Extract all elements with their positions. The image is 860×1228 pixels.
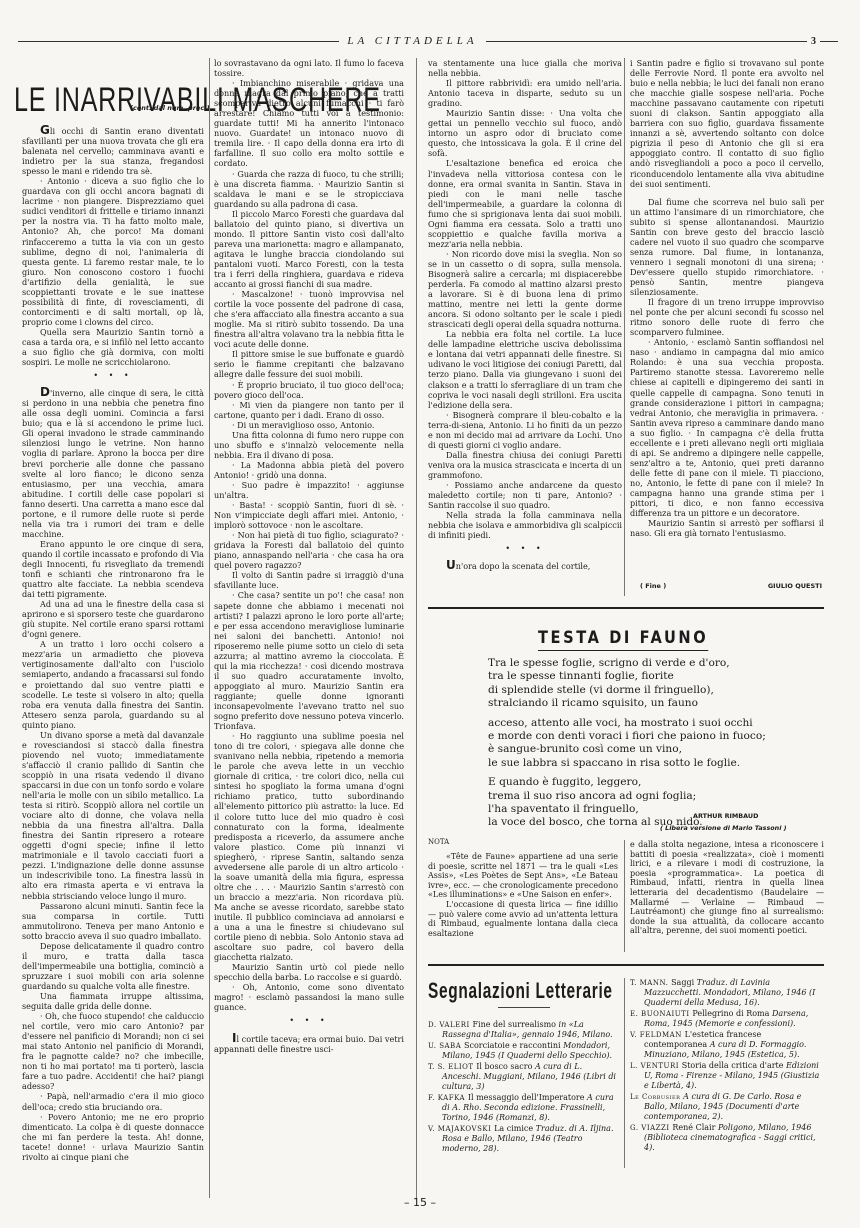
nota-right-text: e dalla stolta negazione, intesa a ricon… — [630, 840, 824, 936]
paragraph: · La Madonna abbia pietà del povero Anto… — [214, 460, 404, 480]
paragraph: i Santin padre e figlio si trovavano sul… — [630, 58, 824, 189]
header-rule — [820, 41, 838, 42]
reference-author: F. KAFKA — [428, 1094, 468, 1102]
column-divider — [624, 840, 625, 952]
reference-author: L. VENTURI — [630, 1062, 682, 1070]
reference-title: Scorciatoie e raccontini — [464, 1041, 563, 1050]
paragraph: · Guarda che razza di fuoco, tu che stri… — [214, 169, 404, 209]
running-header: LA CITTADELLA 3 — [18, 34, 838, 48]
reference-entry: T. S. ELIOT Il bosco sacro A cura di L. … — [428, 1062, 620, 1092]
section-rule — [428, 607, 824, 609]
nota-heading: NOTA — [428, 838, 449, 846]
paragraph: Depose delicatamente il quadro contro il… — [22, 941, 204, 991]
reference-entry: Le Corbusier A cura di G. De Carlo. Rosa… — [630, 1092, 824, 1122]
reference-title: Saggi — [671, 978, 697, 987]
reference-author: U. SABA — [428, 1042, 464, 1050]
reference-entry: L. VENTURI Storia della critica d'arte E… — [630, 1061, 824, 1091]
paragraph: L'occasione di questa lirica — fine idil… — [428, 900, 618, 938]
poem-line: di splendide stelle (vi dorme il fringue… — [488, 684, 766, 697]
reference-title: Pellegrino di Roma — [692, 1009, 772, 1018]
poem-stanza: Tra le spesse foglie, scrigno di verde e… — [488, 657, 766, 711]
paragraph: · Antonio · diceva a suo figlio che lo g… — [22, 176, 204, 327]
paragraph: · Mascalzone! · tuonò improvvisa nel cor… — [214, 289, 404, 349]
poem-stanza: acceso, attento alle voci, ha mostrato i… — [488, 717, 766, 771]
poem-line: trema il suo riso ancora ad ogni foglia; — [488, 790, 766, 803]
reference-title: La cimice — [494, 1124, 536, 1133]
reference-entry: V. MAJAKOVSKI La cimice Traduz. di A. Il… — [428, 1124, 620, 1154]
reference-entry: G. VIAZZI René Clair Poligono, Milano, 1… — [630, 1123, 824, 1153]
reference-entry: D. VALERI Fine del surrealismo in «La Ra… — [428, 1020, 620, 1040]
paragraph: · Oh, Antonio, come sono diventato magro… — [214, 982, 404, 1012]
paragraph: · Ho raggiunto una sublime poesia nel to… — [214, 731, 404, 962]
poem-line: tra le spesse tinnanti foglie, fiorite — [488, 670, 766, 683]
segnalazioni-title: Segnalazioni Letterarie — [428, 978, 613, 1004]
paragraph: · Bisognerà comprare il bleu-cobalto e l… — [428, 410, 622, 450]
poem-line: acceso, attento alle voci, ha mostrato i… — [488, 717, 766, 730]
reference-author: G. VIAZZI — [630, 1124, 672, 1132]
paragraph: · Basta! · scoppiò Santin, fuori di sè. … — [214, 500, 404, 530]
reference-author: D. VALERI — [428, 1021, 472, 1029]
section-rule — [428, 964, 824, 966]
reference-author: E. BUONAIUTI — [630, 1010, 692, 1018]
poem-translator: ( Libera versione di Mario Tassoni ) — [660, 824, 787, 832]
paragraph: Il fragore di un treno irruppe improvvis… — [630, 297, 824, 337]
paragraph: Il volto di Santin padre si irraggiò d'u… — [214, 570, 404, 590]
reference-title: Storia della critica d'arte — [682, 1061, 786, 1070]
paragraph: Maurizio Santin disse: · Una volta che g… — [428, 108, 622, 158]
paragraph: · Mi vien da piangere non tanto per il c… — [214, 400, 404, 420]
paragraph: · Non hai pietà di tuo figlio, sciagurat… — [214, 530, 404, 570]
paragraph: Dal fiume che scorreva nel buio salì per… — [630, 197, 824, 297]
paragraph: · Possiamo anche andarcene da questo mal… — [428, 480, 622, 510]
section-break: • • • — [22, 371, 204, 381]
paragraph: Erano appunto le ore cinque di sera, qua… — [22, 539, 204, 599]
nota-right: e dalla stolta negazione, intesa a ricon… — [630, 840, 824, 936]
page-folio: – 15 – — [404, 1196, 436, 1209]
poem-line: è sangue-brunito così come un vino, — [488, 743, 766, 756]
paragraph: Ad una ad una le finestre della casa si … — [22, 599, 204, 639]
paragraph: · Suo padre è impazzito! · aggiunse un'a… — [214, 480, 404, 500]
poem-line: E quando è fuggito, leggero, — [488, 776, 766, 789]
continued-note: (cont. dal num. prec.) — [130, 104, 210, 112]
reference-author: V. MAJAKOVSKI — [428, 1125, 494, 1133]
column-divider — [624, 58, 625, 596]
end-mark: ( Fine ) — [640, 582, 666, 590]
story-column-4: i Santin padre e figlio si trovavano sul… — [630, 58, 824, 538]
story-column-1: Gli occhi di Santin erano diventati sfav… — [22, 125, 204, 1162]
reference-author: V. FELDMAN — [630, 1031, 685, 1039]
reference-entry: F. KAFKA Il messaggio dell'Imperatore A … — [428, 1093, 620, 1123]
section-break: • • • — [214, 1016, 404, 1026]
paragraph: Il pittore smise le sue buffonate e guar… — [214, 349, 404, 379]
reference-entry: T. MANN. Saggi Traduz. di Lavinia Mazzuc… — [630, 978, 824, 1008]
paragraph: Maurizio Santin si arrestò per soffiarsi… — [630, 518, 824, 538]
title-underline — [498, 1007, 550, 1008]
nota-left: «Tête de Faune» appartiene ad una serie … — [428, 852, 618, 938]
paragraph: La nebbia era folta nel cortile. La luce… — [428, 329, 622, 409]
reference-title: Il messaggio dell'Imperatore — [468, 1093, 587, 1102]
reference-author: Le Corbusier — [630, 1093, 683, 1101]
paragraph: · Oh, che fuoco stupendo! che calduccio … — [22, 1011, 204, 1091]
page-number: 3 — [807, 36, 820, 47]
paragraph: · Antonio, · esclamò Santin soffiandosi … — [630, 337, 824, 518]
paragraph: lo sovrastavano da ogni lato. Il fumo lo… — [214, 58, 404, 78]
paragraph: «Tête de Faune» appartiene ad una serie … — [428, 852, 618, 900]
paragraph: Nella strada la folla camminava nella ne… — [428, 510, 622, 540]
paragraph: Un divano sporse a metà dal davanzale e … — [22, 730, 204, 901]
paragraph: Il pittore rabbrividì: era umido nell'ar… — [428, 78, 622, 108]
reference-author: T. S. ELIOT — [428, 1063, 476, 1071]
column-divider — [416, 58, 417, 1198]
paragraph: Il cortile taceva; era ormai buio. Dai v… — [214, 1033, 404, 1054]
paragraph: Una fitta colonna di fumo nero ruppe con… — [214, 430, 404, 460]
paragraph: · Povero Antonio; me ne ero proprio dime… — [22, 1112, 204, 1162]
reference-author: T. MANN. — [630, 979, 671, 987]
drop-cap: D — [40, 385, 50, 399]
story-column-3: va stentamente una luce gialla che moriv… — [428, 58, 622, 571]
paragraph: A un tratto i loro occhi colsero a mezz'… — [22, 639, 204, 729]
magazine-page: LA CITTADELLA 3 LE INARRIVABILI MASCHERE… — [0, 0, 860, 1228]
poem-title: TESTA DI FAUNO — [538, 628, 708, 651]
paragraph: · È proprio bruciato, il tuo gioco dell'… — [214, 380, 404, 400]
column-divider — [624, 978, 625, 1168]
paragraph: Quella sera Maurizio Santin tornò a casa… — [22, 327, 204, 367]
column-divider — [209, 58, 210, 1198]
story-signoff: ( Fine ) GIULIO QUESTI — [640, 582, 822, 590]
reference-title: René Clair — [672, 1123, 718, 1132]
story-author: GIULIO QUESTI — [768, 582, 822, 590]
paragraph: Un'ora dopo la scenata del cortile, — [428, 560, 622, 571]
paragraph: · Imbianchino miserabile · gridava una d… — [214, 78, 404, 168]
reference-entry: U. SABA Scorciatoie e raccontini Mondado… — [428, 1041, 620, 1061]
header-rule — [18, 41, 339, 42]
poem-line: le sue labbra si spaccano in risa sotto … — [488, 757, 766, 770]
paragraph: Dalla finestra chiusa dei coniugi Parett… — [428, 450, 622, 480]
reference-entry: E. BUONAIUTI Pellegrino di Roma Darsena,… — [630, 1009, 824, 1029]
drop-cap: U — [446, 558, 456, 572]
poem-line: Tra le spesse foglie, scrigno di verde e… — [488, 657, 766, 670]
paragraph: Passarono alcuni minuti. Santin fece la … — [22, 901, 204, 941]
paragraph: · Di un meraviglioso osso, Antonio. — [214, 420, 404, 430]
paragraph: · Papà, nell'armadio c'era il mio gioco … — [22, 1091, 204, 1111]
paragraph: · Non ricordo dove misi la sveglia. Non … — [428, 249, 622, 329]
reference-entry: V. FELDMAN L'estetica francese contempor… — [630, 1030, 824, 1060]
references-left: D. VALERI Fine del surrealismo in «La Ra… — [428, 1020, 620, 1155]
header-rule — [486, 41, 807, 42]
poem-line: stralciando il ricamo squisito, un fauno — [488, 697, 766, 710]
paragraph: · Che casa? sentite un po'! che casa! no… — [214, 590, 404, 731]
paragraph: Una fiammata irruppe altissima, seguita … — [22, 991, 204, 1011]
poem-author: ARTHUR RIMBAUD — [693, 812, 758, 820]
drop-cap: I — [232, 1031, 236, 1045]
poem-body: Tra le spesse foglie, scrigno di verde e… — [488, 657, 766, 836]
drop-cap: G — [40, 123, 50, 137]
reference-title: Il bosco sacro — [476, 1062, 535, 1071]
poem-stanza: E quando è fuggito, leggero,trema il suo… — [488, 776, 766, 830]
reference-title: Fine del surrealismo — [472, 1020, 558, 1029]
masthead: LA CITTADELLA — [339, 35, 485, 47]
paragraph: L'esaltazione benefica ed eroica che l'i… — [428, 158, 622, 248]
poem-line: e morde con denti voraci i fiori che pai… — [488, 730, 766, 743]
paragraph: Maurizio Santin urtò col piede nello spe… — [214, 962, 404, 982]
references-right: T. MANN. Saggi Traduz. di Lavinia Mazzuc… — [630, 978, 824, 1154]
paragraph: D'inverno, alle cinque di sera, le città… — [22, 387, 204, 539]
paragraph: va stentamente una luce gialla che moriv… — [428, 58, 622, 78]
story-column-2: lo sovrastavano da ogni lato. Il fumo lo… — [214, 58, 404, 1054]
paragraph: Gli occhi di Santin erano diventati sfav… — [22, 125, 204, 176]
section-break: • • • — [428, 544, 622, 554]
paragraph: Il piccolo Marco Foresti che guardava da… — [214, 209, 404, 289]
